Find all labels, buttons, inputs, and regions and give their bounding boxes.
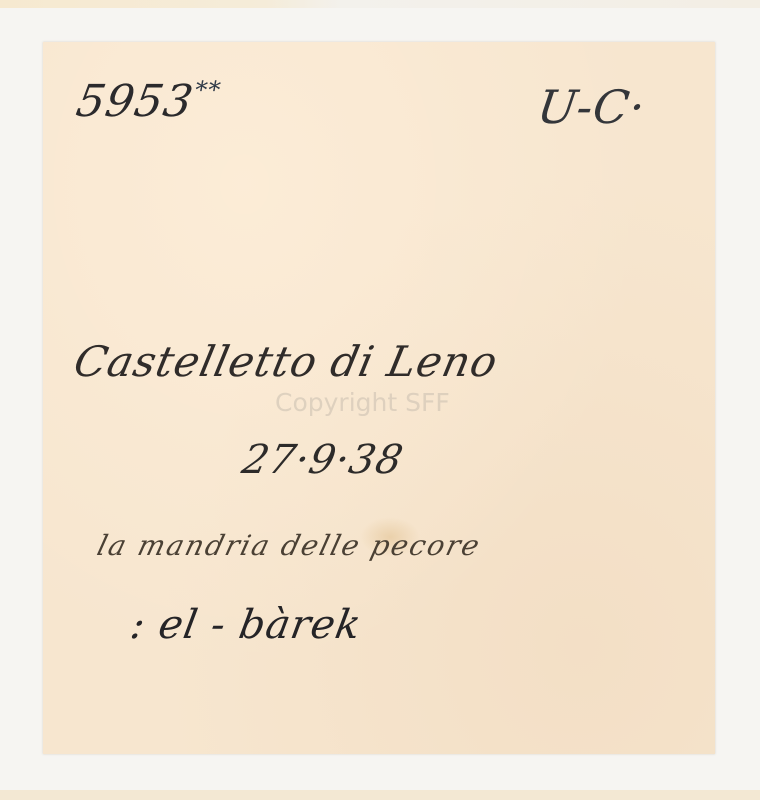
collection-code: U-C· (534, 80, 649, 134)
date: 27·9·38 (238, 437, 407, 483)
copyright-watermark: Copyright SFF (275, 388, 450, 417)
bottom-edge-strip (0, 790, 760, 800)
inventory-number: 5953** (73, 76, 224, 127)
top-edge-strip (0, 0, 760, 8)
inventory-marks: ** (193, 76, 224, 104)
archival-label-card: 5953** U-C· Castelletto di Leno 27·9·38 … (43, 42, 715, 754)
place-name: Castelletto di Leno (70, 337, 503, 386)
description: la mandria delle pecore (94, 529, 485, 562)
dialect-term: : el - bàrek (127, 602, 365, 648)
inventory-number-value: 5953 (73, 76, 198, 127)
